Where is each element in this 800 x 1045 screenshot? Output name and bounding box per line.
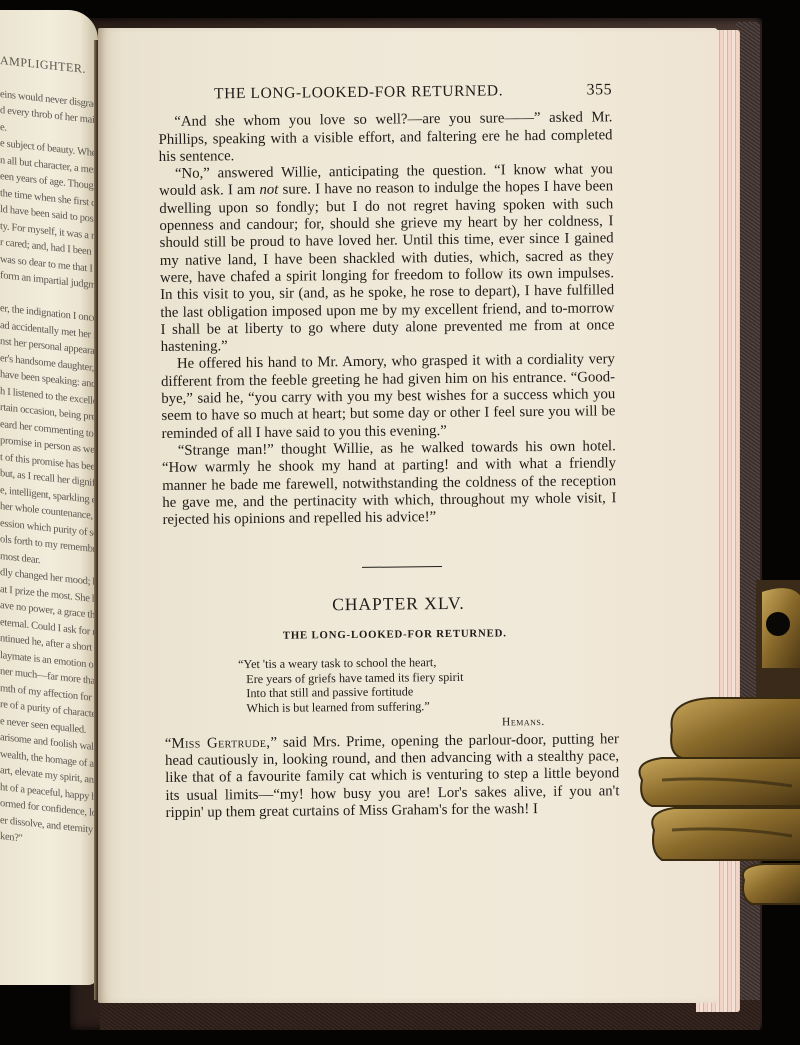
chapter-title: CHAPTER XLV.: [171, 594, 625, 616]
opening-small-caps: Miss Gertrude,: [171, 735, 270, 752]
emphasis-not: not: [259, 182, 278, 198]
paragraph-4: “Strange man!” thought Willie, as he wal…: [162, 438, 617, 529]
paragraph-3: He offered his hand to Mr. Amory, who gr…: [161, 352, 616, 443]
book-cover-bottom: [100, 1000, 760, 1030]
section-divider-rule: [362, 566, 442, 568]
epigraph: “Yet 'tis a weary task to school the hea…: [238, 653, 619, 715]
paragraph-1: “And she whom you love so well?—are you …: [158, 110, 613, 167]
page-number: 355: [586, 81, 612, 99]
left-running-head: AMPLIGHTER.: [0, 52, 98, 79]
running-head-title: THE LONG-LOOKED-FOR RETURNED.: [214, 82, 503, 102]
brass-hand-bookmark-icon: [632, 580, 800, 940]
left-page-text: AMPLIGHTER. eins would never disgrace th…: [0, 10, 98, 856]
chapter-opening-paragraph: “Miss Gertrude,” said Mrs. Prime, openin…: [165, 731, 620, 822]
left-page: AMPLIGHTER. eins would never disgrace th…: [0, 10, 98, 985]
running-head: THE LONG-LOOKED-FOR RETURNED. 355: [214, 81, 612, 102]
chapter-subtitle: THE LONG-LOOKED-FOR RETURNED.: [168, 624, 622, 646]
paragraph-2: “No,” answered Willie, anticipating the …: [159, 161, 615, 356]
right-page-content: THE LONG-LOOKED-FOR RETURNED. 355 “And s…: [158, 81, 620, 822]
paragraph-2-part: sure. I have no reason to indulge the ho…: [159, 179, 614, 355]
epigraph-line: Which is but learned from suffering.”: [238, 697, 618, 716]
left-page-lines: eins would never disgrace the md every t…: [0, 87, 98, 856]
book-photo: AMPLIGHTER. eins would never disgrace th…: [0, 0, 800, 1045]
